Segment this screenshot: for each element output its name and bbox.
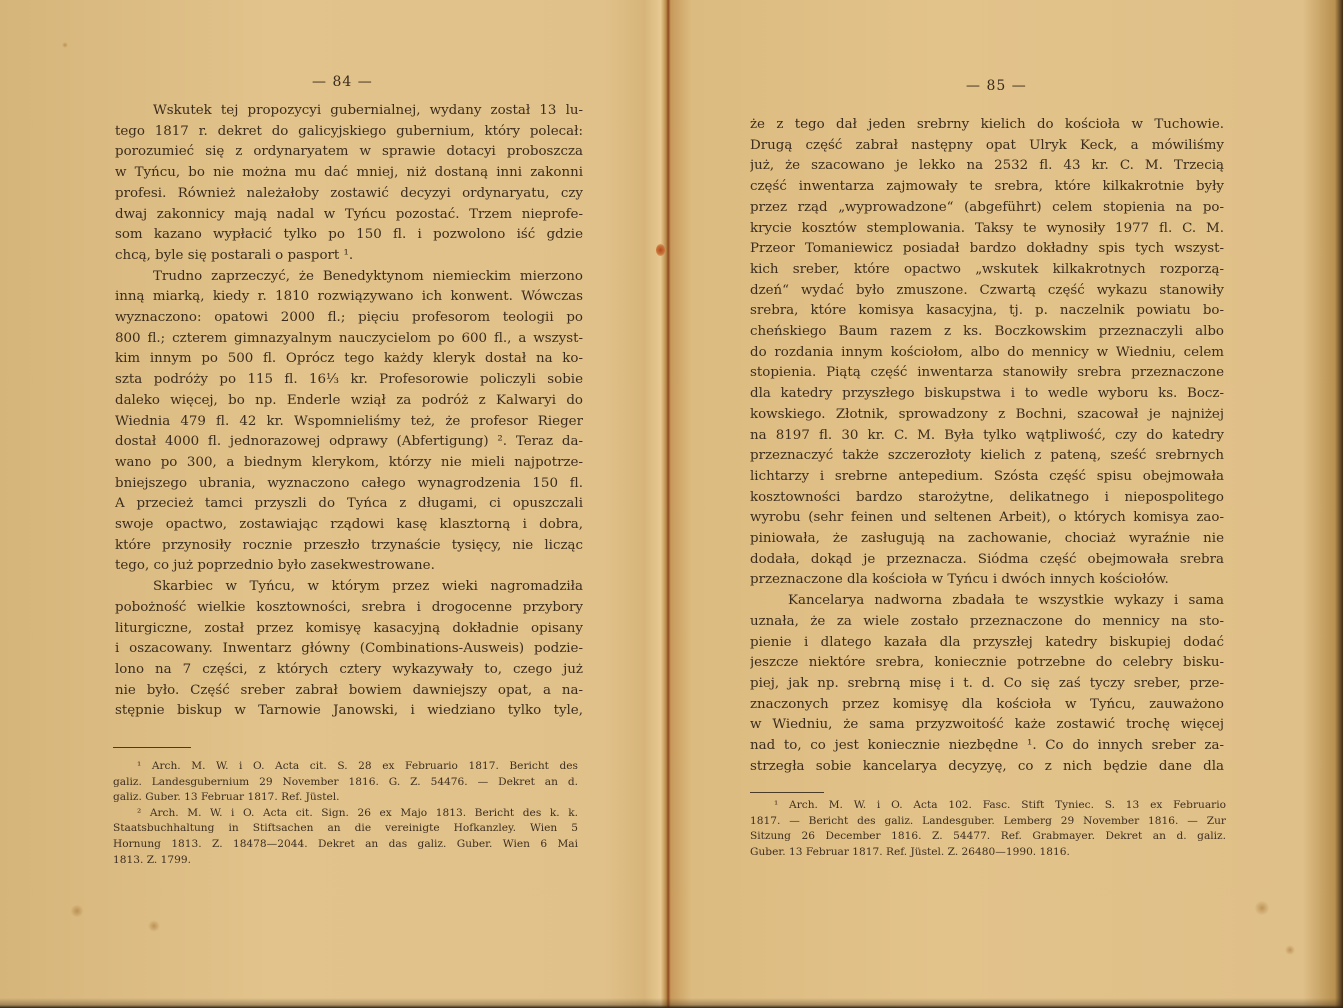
text-line: Trudno zaprzeczyć, że Benedyktynom niemi… xyxy=(115,267,583,288)
footnote-divider xyxy=(750,792,824,793)
text-line: kowskiego. Złotnik, sprowadzony z Bochni… xyxy=(750,405,1224,426)
text-line: znaczonych przez komisyę dla kościoła w … xyxy=(750,695,1224,716)
text-line: uznała, że za wiele zostało przeznaczone… xyxy=(750,612,1224,633)
text-line: Wskutek tej propozycyi gubernialnej, wyd… xyxy=(115,101,583,122)
text-line: nad to, co jest koniecznie niezbędne ¹. … xyxy=(750,736,1224,757)
footnote-line: 1813. Z. 1799. xyxy=(113,853,578,869)
text-line: srebra, które komisya kasacyjna, tj. p. … xyxy=(750,301,1224,322)
right-page: — 85 — że z tego dał jeden srebrny kieli… xyxy=(666,0,1343,1008)
text-line: pienie i dlatego kazała dla przyszłej ka… xyxy=(750,633,1224,654)
text-line: inną miarką, kiedy r. 1810 rozwiązywano … xyxy=(115,287,583,308)
text-line: chcą, byle się postarali o pasport ¹. xyxy=(115,246,583,267)
text-line: w Tyńcu, bo nie można mu dać mniej, niż … xyxy=(115,163,583,184)
text-line: lono na 7 części, z których cztery wykaz… xyxy=(115,660,583,681)
book-spread: — 84 — Wskutek tej propozycyi gubernialn… xyxy=(0,0,1343,1008)
left-page: — 84 — Wskutek tej propozycyi gubernialn… xyxy=(0,0,662,1008)
text-line: kosztowności bardzo starożytne, delikatn… xyxy=(750,488,1224,509)
footnote-line: Sitzung 26 December 1816. Z. 54477. Ref.… xyxy=(750,829,1226,845)
text-line: już, że szacowano je lekko na 2532 fl. 4… xyxy=(750,156,1224,177)
text-line: lichtarzy i srebrne antepedium. Szósta c… xyxy=(750,467,1224,488)
gutter-stain xyxy=(656,244,665,256)
text-line: które przynosiły rocznie przeszło trzyna… xyxy=(115,536,583,557)
text-line: dostał 4000 fl. jednorazowej odprawy (Ab… xyxy=(115,432,583,453)
text-line: som kazano wypłacić tylko po 150 fl. i p… xyxy=(115,225,583,246)
foxing-spot xyxy=(62,42,68,48)
footnote-divider xyxy=(113,747,191,748)
text-line: A przecież tamci przyszli do Tyńca z dłu… xyxy=(115,494,583,515)
footnote-line: ¹ Arch. M. W. i O. Acta 102. Fasc. Stift… xyxy=(750,798,1226,814)
footnote-line: galiz. Landesgubernium 29 November 1816.… xyxy=(113,775,578,791)
foxing-spot xyxy=(1255,900,1269,916)
text-line: kich sreber, które opactwo „wskutek kilk… xyxy=(750,260,1224,281)
footnote-line: Guber. 13 Februar 1817. Ref. Jüstel. Z. … xyxy=(750,845,1226,861)
text-line: profesi. Również należałoby zostawić dec… xyxy=(115,184,583,205)
footnote-line: Hornung 1813. Z. 18478—2044. Dekret an d… xyxy=(113,837,578,853)
footnotes: ¹ Arch. M. W. i O. Acta cit. S. 28 ex Fe… xyxy=(113,759,578,868)
text-line: kim innym po 500 fl. Oprócz tego każdy k… xyxy=(115,349,583,370)
body-text: Wskutek tej propozycyi gubernialnej, wyd… xyxy=(115,101,583,722)
text-line: wyrobu (sehr feinen und seltenen Arbeit)… xyxy=(750,508,1224,529)
footnote-line: ¹ Arch. M. W. i O. Acta cit. S. 28 ex Fe… xyxy=(113,759,578,775)
text-line: przeznaczone dla kościoła w Tyńcu i dwóc… xyxy=(750,570,1224,591)
text-line: przez rząd „wyprowadzone“ (abgeführt) ce… xyxy=(750,198,1224,219)
text-line: przeznaczyć także szczerozłoty kielich z… xyxy=(750,446,1224,467)
text-line: wyznaczono: opatowi 2000 fl.; pięciu pro… xyxy=(115,308,583,329)
text-line: Kancelarya nadworna zbadała te wszystkie… xyxy=(750,591,1224,612)
text-line: dla katedry przyszłego biskupstwa i to w… xyxy=(750,384,1224,405)
text-line: że z tego dał jeden srebrny kielich do k… xyxy=(750,115,1224,136)
text-line: wano po 300, a biednym klerykom, którzy … xyxy=(115,453,583,474)
text-line: dodała, dokąd je przeznacza. Siódma częś… xyxy=(750,550,1224,571)
text-line: Wiednia 479 fl. 42 kr. Wspomnieliśmy też… xyxy=(115,412,583,433)
text-line: stępnie biskup w Tarnowie Janowski, i wi… xyxy=(115,701,583,722)
text-line: część inwentarza zajmowały te srebra, kt… xyxy=(750,177,1224,198)
footnote-line: galiz. Guber. 13 Februar 1817. Ref. Jüst… xyxy=(113,790,578,806)
text-line: dwaj zakonnicy mają nadal w Tyńcu pozost… xyxy=(115,205,583,226)
text-line: Skarbiec w Tyńcu, w którym przez wieki n… xyxy=(115,577,583,598)
text-line: cheńskiego Baum razem z ks. Boczkowskim … xyxy=(750,322,1224,343)
text-line: tego, co już poprzednio było zasekwestro… xyxy=(115,556,583,577)
text-line: dzeń“ wydać było zmuszone. Czwartą część… xyxy=(750,281,1224,302)
text-line: w Wiedniu, że sama przyzwoitość każe zos… xyxy=(750,715,1224,736)
footnote-line: 1817. — Bericht des galiz. Landesguber. … xyxy=(750,814,1226,830)
text-line: daleko więcej, bo np. Enderle wziął za p… xyxy=(115,391,583,412)
text-line: Drugą część zabrał następny opat Ulryk K… xyxy=(750,136,1224,157)
text-line: tego 1817 r. dekret do galicyjskiego gub… xyxy=(115,122,583,143)
text-line: szta podróży po 115 fl. 16⅓ kr. Profesor… xyxy=(115,370,583,391)
text-line: Przeor Tomaniewicz posiadał bardzo dokła… xyxy=(750,239,1224,260)
foxing-spot xyxy=(1285,945,1295,955)
text-line: pobożność wielkie kosztowności, srebra i… xyxy=(115,598,583,619)
body-text: że z tego dał jeden srebrny kielich do k… xyxy=(750,115,1224,778)
text-line: 800 fl.; czterem gimnazyalnym nauczyciel… xyxy=(115,329,583,350)
footnotes: ¹ Arch. M. W. i O. Acta 102. Fasc. Stift… xyxy=(750,798,1226,860)
footnote-line: Staatsbuchhaltung in Stiftsachen an die … xyxy=(113,821,578,837)
foxing-spot xyxy=(148,920,160,932)
text-line: stopienia. Piątą część inwentarza stanow… xyxy=(750,363,1224,384)
foxing-spot xyxy=(70,905,84,917)
footnote-line: ² Arch. M. W. i O. Acta cit. Sign. 26 ex… xyxy=(113,806,578,822)
text-line: porozumieć się z ordynaryatem w sprawie … xyxy=(115,142,583,163)
text-line: i oszacowany. Inwentarz główny (Combinat… xyxy=(115,639,583,660)
text-line: nie było. Część sreber zabrał bowiem daw… xyxy=(115,681,583,702)
text-line: na 8197 fl. 30 kr. C. M. Była tylko wątp… xyxy=(750,426,1224,447)
text-line: krycie kosztów stemplowania. Taksy te wy… xyxy=(750,219,1224,240)
text-line: bniejszego ubrania, wyznaczono całego wy… xyxy=(115,474,583,495)
page-number: — 84 — xyxy=(312,74,373,90)
page-number: — 85 — xyxy=(966,78,1027,94)
text-line: jeszcze niektóre srebra, koniecznie potr… xyxy=(750,653,1224,674)
text-line: do rozdania innym kościołom, albo do men… xyxy=(750,343,1224,364)
text-line: liturgiczne, został przez komisyę kasacy… xyxy=(115,619,583,640)
text-line: swoje opactwo, zostawiając rządowi kasę … xyxy=(115,515,583,536)
text-line: strzegła sobie kancelarya decyzyę, co z … xyxy=(750,757,1224,778)
text-line: piniowała, że zasługują na zachowanie, c… xyxy=(750,529,1224,550)
text-line: piej, jak np. srebrną misę i t. d. Co si… xyxy=(750,674,1224,695)
